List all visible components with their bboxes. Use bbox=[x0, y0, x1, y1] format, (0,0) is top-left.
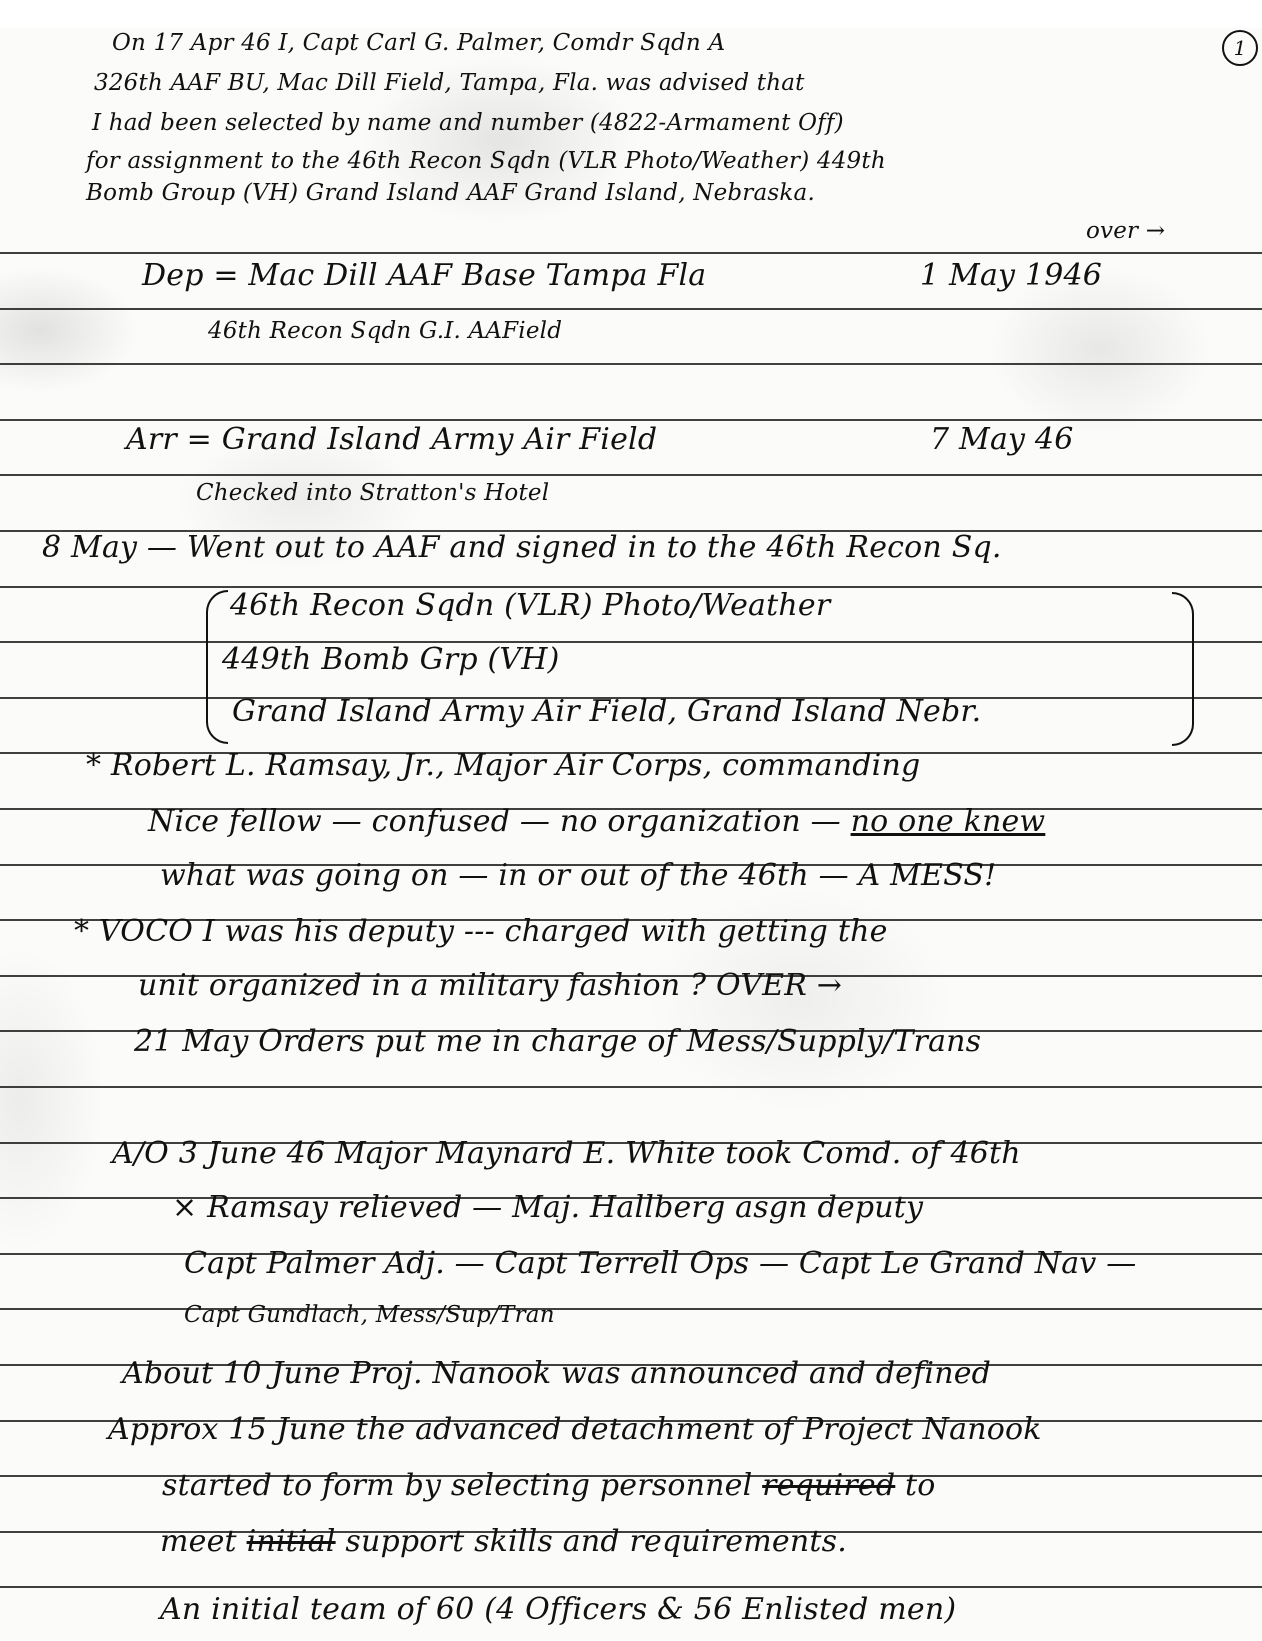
hotel-line: Checked into Stratton's Hotel bbox=[196, 480, 549, 506]
scanned-handwritten-page: 1 On 17 Apr 46 I, Capt Carl G. Palmer, C… bbox=[0, 0, 1262, 1641]
command-change-line: A/O 3 June 46 Major Maynard E. White too… bbox=[112, 1136, 1021, 1171]
right-bracket bbox=[1172, 592, 1194, 746]
ruled-line bbox=[0, 252, 1262, 254]
organize-line: unit organized in a military fashion ? O… bbox=[138, 968, 842, 1003]
initial-team-line: An initial team of 60 (4 Officers & 56 E… bbox=[160, 1592, 956, 1627]
departure-line: Dep = Mac Dill AAF Base Tampa Fla bbox=[142, 258, 706, 293]
assessment-underlined: no one knew bbox=[851, 804, 1046, 839]
struck-word-2: initial bbox=[247, 1524, 336, 1559]
unit-line: 46th Recon Sqdn G.I. AAField bbox=[208, 318, 562, 344]
page-number-circle: 1 bbox=[1222, 30, 1258, 66]
deputy-line: * VOCO I was his deputy --- charged with… bbox=[74, 914, 888, 949]
nanook-detachment-line: Approx 15 June the advanced detachment o… bbox=[108, 1412, 1042, 1447]
airfield-line: Grand Island Army Air Field, Grand Islan… bbox=[232, 694, 981, 729]
orders-line: 21 May Orders put me in charge of Mess/S… bbox=[134, 1024, 981, 1059]
requirements-tail: support skills and requirements. bbox=[345, 1524, 847, 1559]
personnel-text: started to form by selecting personnel bbox=[162, 1468, 752, 1503]
struck-word: required bbox=[762, 1468, 895, 1503]
ruled-line bbox=[0, 641, 1262, 643]
arrival-line: Arr = Grand Island Army Air Field bbox=[126, 422, 657, 457]
staff-line: Capt Palmer Adj. — Capt Terrell Ops — Ca… bbox=[184, 1246, 1136, 1281]
commander-line: * Robert L. Ramsay, Jr., Major Air Corps… bbox=[86, 748, 920, 783]
staff-line-2: Capt Gundlach, Mess/Sup/Tran bbox=[184, 1302, 555, 1328]
intro-line-4: for assignment to the 46th Recon Sqdn (V… bbox=[86, 148, 886, 174]
squadron-line: 46th Recon Sqdn (VLR) Photo/Weather bbox=[230, 588, 830, 623]
departure-date: 1 May 1946 bbox=[920, 258, 1102, 293]
assessment-line: Nice fellow — confused — no organization… bbox=[148, 804, 1045, 839]
bomb-group-line: 449th Bomb Grp (VH) bbox=[222, 642, 560, 677]
intro-line-2: 326th AAF BU, Mac Dill Field, Tampa, Fla… bbox=[94, 70, 805, 96]
arrival-date: 7 May 46 bbox=[930, 422, 1074, 457]
personnel-line: started to form by selecting personnel r… bbox=[162, 1468, 936, 1503]
nanook-announced-line: About 10 June Proj. Nanook was announced… bbox=[122, 1356, 991, 1391]
personnel-tail: to bbox=[905, 1468, 936, 1503]
ruled-line bbox=[0, 1086, 1262, 1088]
requirements-line: meet initial support skills and requirem… bbox=[160, 1524, 847, 1559]
intro-line-3: I had been selected by name and number (… bbox=[92, 110, 844, 136]
signed-in-line: 8 May — Went out to AAF and signed in to… bbox=[42, 530, 1002, 565]
ruled-line bbox=[0, 419, 1262, 421]
mess-line: what was going on — in or out of the 46t… bbox=[160, 858, 996, 893]
relieved-line: × Ramsay relieved — Maj. Hallberg asgn d… bbox=[172, 1190, 923, 1225]
assessment-text: Nice fellow — confused — no organization… bbox=[148, 804, 841, 839]
over-arrow-note: over → bbox=[1086, 218, 1165, 244]
ruled-line bbox=[0, 363, 1262, 365]
ruled-line bbox=[0, 1586, 1262, 1588]
ruled-line bbox=[0, 474, 1262, 476]
intro-line-1: On 17 Apr 46 I, Capt Carl G. Palmer, Com… bbox=[112, 30, 725, 56]
intro-line-5: Bomb Group (VH) Grand Island AAF Grand I… bbox=[86, 180, 815, 206]
requirements-text: meet bbox=[160, 1524, 237, 1559]
scan-top-margin bbox=[0, 0, 1262, 28]
ruled-line bbox=[0, 308, 1262, 310]
